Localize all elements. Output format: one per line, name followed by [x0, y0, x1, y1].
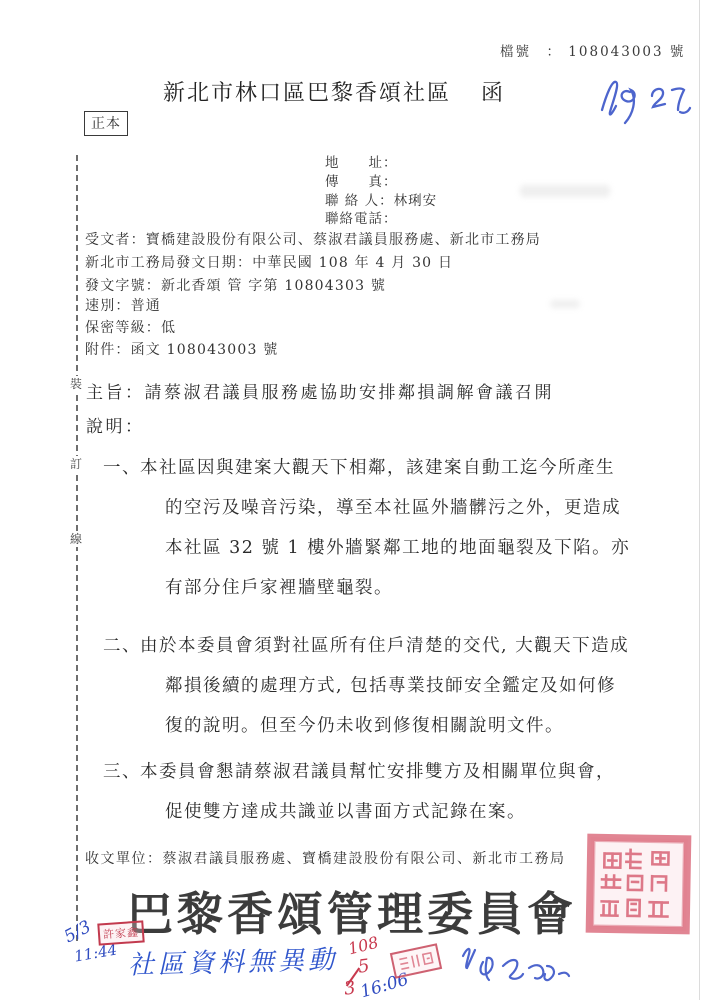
meta-line-speed: 速別：普通 [85, 295, 161, 315]
file-number-label: 檔號 ： [500, 44, 562, 60]
contact-field-phone: 聯絡電話： [325, 207, 398, 227]
receipt-stamp-small [390, 943, 442, 978]
file-number-value: 108043003 號 [568, 44, 685, 60]
annotation-left-date: 5/3 [61, 917, 95, 948]
contact-field-person: 聯 絡 人：林琍安 [325, 189, 437, 209]
document-title: 新北市林口區巴黎香頌社區函 [163, 76, 505, 107]
person-value: 林琍安 [394, 193, 438, 209]
item-3-number: 三、 [103, 752, 141, 792]
item-1-number: 一、 [103, 448, 141, 488]
list-item-1: 一、 本社區因與建案大觀天下相鄰，該建案自動工迄今所產生的空污及噪音污染，導至本… [103, 448, 633, 608]
recipients-line: 收文單位：蔡淑君議員服務處、寶橋建設股份有限公司、新北市工務局 [85, 848, 566, 868]
annotation-note: 社區資料無異動 [128, 939, 339, 981]
item-3-text: 本委員會懇請蔡淑君議員幫忙安排雙方及相關單位與會，促使雙方達成共識並以書面方式記… [140, 752, 633, 832]
binding-char-1: 裝 [66, 376, 86, 392]
file-number: 檔號 ： 108043003 號 [500, 40, 685, 60]
committee-seal-stamp [582, 832, 694, 938]
binding-char-2: 訂 [66, 456, 86, 472]
meta-line-security: 保密等級：低 [85, 317, 176, 337]
subject-line: 主旨：請蔡淑君議員服務處協助安排鄰損調解會議召開 [86, 378, 554, 403]
name-stamp: 許家鑫 [97, 920, 144, 945]
meta-line-doc-number: 發文字號：新北香頌 管 字第 10804303 號 [85, 275, 386, 295]
contact-field-fax: 傳 真： [325, 170, 398, 190]
meta-line-attachment: 附件：函文 108043003 號 [85, 339, 278, 359]
item-1-text: 本社區因與建案大觀天下相鄰，該建案自動工迄今所產生的空污及噪音污染，導至本社區外… [140, 448, 633, 608]
document-page: 檔號 ： 108043003 號 新北市林口區巴黎香頌社區函 正本 裝 訂 線 … [0, 0, 708, 1000]
scan-smudge-1 [520, 185, 610, 197]
explanation-label: 說明： [86, 412, 145, 437]
doc-type-label: 函 [481, 81, 505, 106]
annotation-red-day: 3 [343, 977, 357, 999]
handwritten-scribble-top [592, 66, 700, 130]
title-text: 新北市林口區巴黎香頌社區 [163, 81, 451, 106]
scan-smudge-2 [550, 300, 580, 308]
contact-field-address: 地 址： [325, 151, 398, 171]
annotation-red-month: 5 [357, 955, 371, 977]
copy-type-box: 正本 [84, 111, 128, 136]
handwritten-scribble-right [455, 938, 577, 994]
item-2-number: 二、 [103, 626, 141, 666]
item-2-text: 由於本委員會須對社區所有住戶清楚的交代, 大觀天下造成鄰損後續的處理方式, 包括… [140, 626, 633, 746]
meta-line-issue-date: 新北市工務局發文日期：中華民國 108 年 4 月 30 日 [85, 252, 453, 272]
list-item-2: 二、 由於本委員會須對社區所有住戶清楚的交代, 大觀天下造成鄰損後續的處理方式,… [103, 626, 633, 746]
committee-name: 巴黎香頌管理委員會 [127, 878, 577, 944]
address-label: 地 址： [325, 155, 398, 171]
phone-label: 聯絡電話： [325, 211, 398, 227]
binding-char-3: 線 [66, 531, 86, 547]
meta-line-recipient: 受文者：寶橋建設股份有限公司、蔡淑君議員服務處、新北市工務局 [85, 229, 541, 249]
page-edge-line [699, 0, 700, 1000]
fax-label: 傳 真： [325, 174, 398, 190]
list-item-3: 三、 本委員會懇請蔡淑君議員幫忙安排雙方及相關單位與會，促使雙方達成共識並以書面… [103, 752, 633, 832]
binding-line [76, 155, 78, 941]
